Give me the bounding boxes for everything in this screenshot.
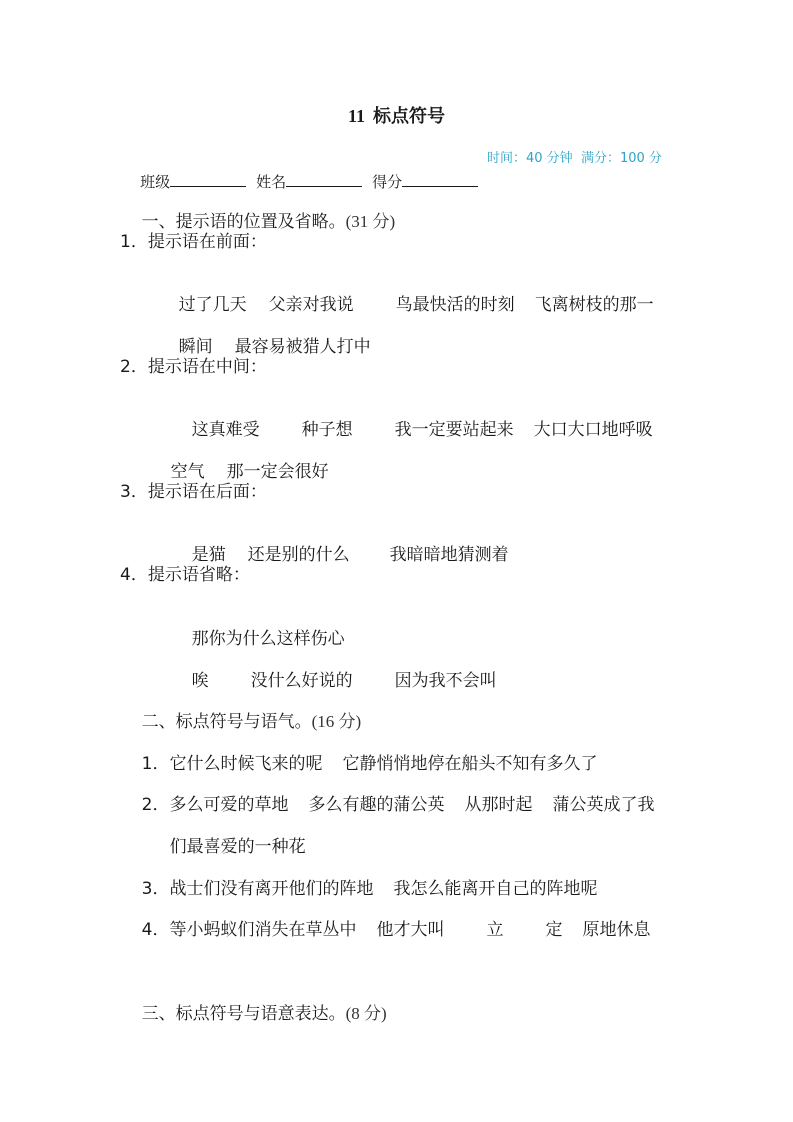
phrase: 原地休息: [582, 919, 650, 941]
section-score: (31 分): [346, 212, 396, 231]
item-number: 2．: [142, 794, 170, 816]
phrase: 飞离树枝的那一: [535, 294, 654, 316]
phrase: 空气: [171, 461, 205, 483]
phrase: 瞬间: [179, 336, 213, 358]
section-heading-text: 二、标点符号与语气。: [142, 712, 312, 732]
item-label: 2．提示语在中间：: [120, 356, 267, 378]
section-score: (8 分): [346, 1004, 387, 1023]
phrase: 那一定会很好: [227, 461, 329, 483]
phrase: 多么可爱的草地: [169, 794, 288, 816]
phrase: 父亲对我说: [269, 294, 354, 316]
phrase: 立: [486, 919, 503, 941]
phrase: 那你为什么这样伤心: [192, 628, 345, 650]
section-heading-text: 三、标点符号与语意表达。: [142, 1004, 346, 1024]
item-label: 4．提示语省略：: [120, 564, 250, 586]
phrase: 最容易被猎人打中: [235, 336, 371, 358]
phrase: 定: [545, 919, 562, 941]
time-and-score-info: 时间：40 分钟 满分：100 分: [487, 148, 662, 170]
item-number: 4．: [142, 919, 170, 941]
phrase: 蒲公英成了我: [552, 794, 654, 816]
item-label: 3．提示语在后面：: [120, 481, 267, 503]
phrase: 这真难受: [192, 419, 260, 441]
section-score: (16 分): [312, 712, 362, 731]
phrase: 我暗暗地猜测着: [390, 544, 509, 566]
item-label: 1．提示语在前面：: [120, 231, 267, 253]
worksheet-page: 11标点符号 班级姓名得分 时间：40 分钟 满分：100 分 一、提示语的位置…: [0, 0, 793, 1122]
title-number: 11: [348, 106, 365, 126]
phrase: 等小蚂蚁们消失在草丛中: [169, 919, 356, 941]
class-field[interactable]: [170, 170, 246, 187]
phrase: 种子想: [302, 419, 353, 441]
phrase: 们最喜爱的一种花: [170, 836, 306, 858]
phrase: 大口大口地呼吸: [534, 419, 653, 441]
phrase: 过了几天: [179, 294, 247, 316]
page-title: 11标点符号: [0, 104, 793, 129]
phrase: 从那时起: [464, 794, 532, 816]
phrase: 多么有趣的蒲公英: [308, 794, 444, 816]
phrase: 是猫: [192, 544, 226, 566]
phrase: 我一定要站起来: [395, 419, 514, 441]
sentence-line: 4．等小蚂蚁们消失在草丛中他才大叫立定原地休息: [120, 897, 650, 963]
section-heading-3: 三、标点符号与语意表达。(8 分): [120, 981, 387, 1047]
phrase: 鸟最快活的时刻: [396, 294, 515, 316]
phrase: 还是别的什么: [248, 544, 350, 566]
score-field[interactable]: [402, 170, 478, 187]
name-field[interactable]: [286, 170, 362, 187]
phrase: 因为我不会叫: [395, 670, 497, 692]
section-heading-text: 一、提示语的位置及省略。: [142, 212, 346, 232]
phrase: 他才大叫: [376, 919, 444, 941]
title-text: 标点符号: [373, 106, 445, 127]
